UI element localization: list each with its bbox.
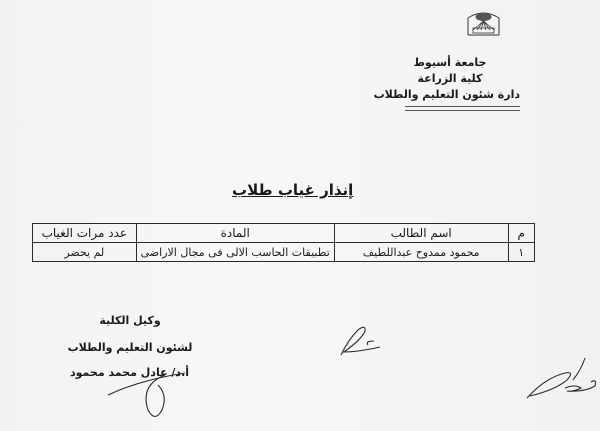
signatory-role-line2: لشئون التعليم والطلاب [65, 341, 195, 354]
signature-right-icon [525, 358, 600, 403]
department-name: دارة شئون التعليم والطلاب [380, 88, 520, 101]
column-header-subject: المادة [136, 224, 334, 243]
column-header-student-name: اسم الطالب [334, 224, 508, 243]
table-row: ١ محمود ممدوح عبداللطيف تطبيقات الحاسب ا… [33, 243, 535, 262]
cell-absence-count: لم يحضر [33, 243, 137, 262]
table-header-row: م اسم الطالب المادة عدد مرات الغياب [33, 224, 535, 243]
cell-student-name: محمود ممدوح عبداللطيف [334, 243, 508, 262]
university-logo-icon [465, 10, 502, 36]
signatory-role-line1: وكيل الكلية [80, 314, 180, 327]
university-name: جامعة أسيوط [390, 56, 510, 69]
column-header-absence-count: عدد مرات الغياب [33, 224, 137, 243]
signature-middle-icon [338, 325, 388, 360]
cell-subject: تطبيقات الحاسب الالى فى مجال الاراضى [136, 243, 334, 262]
absence-table: م اسم الطالب المادة عدد مرات الغياب ١ مح… [32, 223, 535, 262]
column-header-number: م [508, 224, 534, 243]
document-title: إنذار غياب طلاب [232, 181, 353, 199]
faculty-name: كلية الزراعة [390, 72, 510, 85]
vice-dean-signature-icon [100, 355, 190, 425]
header-divider [405, 106, 520, 111]
cell-number: ١ [508, 243, 534, 262]
